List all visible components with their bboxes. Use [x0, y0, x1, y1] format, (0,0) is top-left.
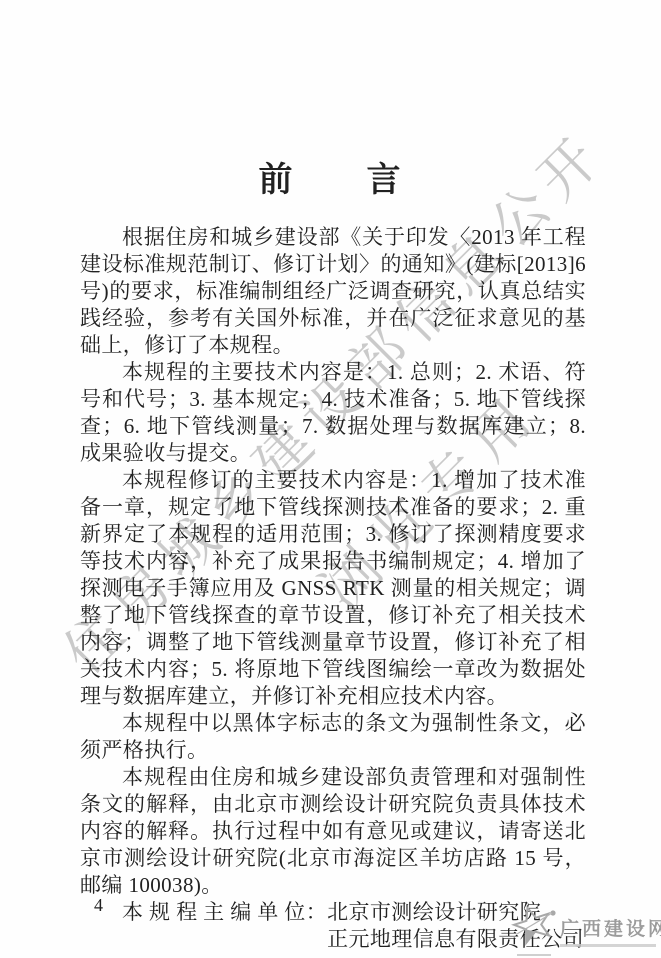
page-number: 4	[94, 895, 103, 916]
preface-paragraph-5: 本规程由住房和城乡建设部负责管理和对强制性条文的解释，由北京市测绘设计研究院负责…	[80, 764, 586, 899]
star-caption-line	[517, 954, 551, 956]
logo-title: 广西建设网	[560, 914, 661, 941]
preface-paragraph-2: 本规程的主要技术内容是：1. 总则；2. 术语、符号和代号；3. 基本规定；4.…	[80, 359, 586, 467]
preface-paragraph-1: 根据住房和城乡建设部《关于印发〈2013 年工程建设标准规范制订、修订计划〉的通…	[80, 224, 586, 359]
page-title: 前 言	[0, 152, 661, 201]
star-icon	[511, 904, 557, 956]
preface-paragraph-3: 本规程修订的主要技术内容是：1. 增加了技术准备一章，规定了地下管线探测技术准备…	[80, 467, 586, 710]
site-logo: 广西建设网	[511, 906, 659, 954]
logo-tagline-line	[560, 944, 656, 947]
chief-editor-label: 本 规 程 主 编 单 位：	[122, 899, 327, 926]
document-page: 住房城乡建设部信息公开 浏览专用 前 言 根据住房和城乡建设部《关于印发〈201…	[0, 0, 661, 958]
preface-paragraph-4: 本规程中以黑体字标志的条文为强制性条文，必须严格执行。	[80, 710, 586, 764]
preface-body: 根据住房和城乡建设部《关于印发〈2013 年工程建设标准规范制订、修订计划〉的通…	[80, 224, 586, 953]
